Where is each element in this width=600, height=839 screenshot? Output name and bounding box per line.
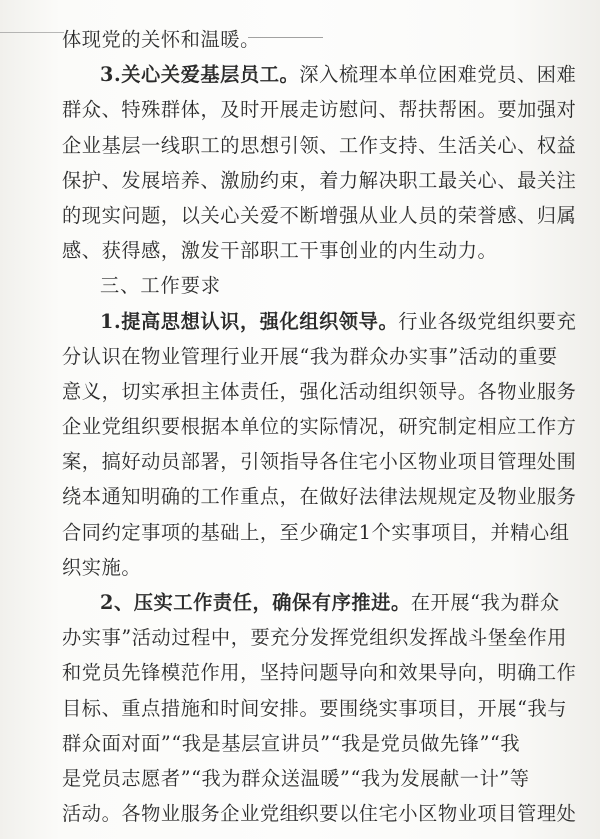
text-line: 分认识在物业管理行业开展“我为群众办实事”活动的重要 — [62, 339, 466, 374]
text-line: 是党员志愿者”“我为群众送温暖”“我为发展献一计”等 — [62, 761, 466, 796]
text-line: 感、获得感，激发干部职工干事创业的内生动力。 — [62, 233, 466, 268]
text-line: 体现党的关怀和温暖。 — [62, 22, 466, 57]
text-line: 群众面对面”“我是基层宣讲员”“我是党员做先锋”“我 — [62, 726, 466, 761]
paragraph-lead: 1.提高思想认识，强化组织领导。 — [100, 310, 398, 333]
text-span: 深入梳理本单位困难党员、困难 — [299, 63, 576, 86]
text-span: 行业各级党组织要充 — [398, 310, 576, 333]
text-line: 活动。各物业服务企业党组织要以住宅小区物业项目管理处 — [62, 796, 466, 831]
decorative-rule — [0, 32, 64, 33]
text-line: 群众、特殊群体，及时开展走访慰问、帮扶帮困。要加强对 — [62, 92, 466, 127]
text-line: 绕本通知明确的工作重点，在做好法律法规规定及物业服务 — [62, 479, 466, 514]
paragraph-3-start: 3.关心关爱基层员工。深入梳理本单位困难党员、困难 — [62, 57, 466, 92]
text-line: 合同约定事项的基础上，至少确定1个实事项目，并精心组 — [62, 515, 466, 550]
paragraph-lead: 3.关心关爱基层员工。 — [100, 63, 299, 86]
paragraph-2-start: 2、压实工作责任，确保有序推进。在开展“我为群众 — [62, 585, 466, 620]
text-line: 的现实问题，以关心关爱不断增强从业人员的荣誉感、归属 — [62, 198, 466, 233]
text-line: 和党员先锋模范作用，坚持问题导向和效果导向，明确工作 — [62, 655, 466, 690]
text-span: 在开展“我为群众 — [411, 591, 560, 614]
text-line: 织实施。 — [62, 550, 466, 585]
text-line: 意义，切实承担主体责任，强化活动组织领导。各物业服务 — [62, 374, 466, 409]
document-page: 体现党的关怀和温暖。 3.关心关爱基层员工。深入梳理本单位困难党员、困难 群众、… — [0, 0, 600, 839]
document-body: 体现党的关怀和温暖。 3.关心关爱基层员工。深入梳理本单位困难党员、困难 群众、… — [62, 22, 466, 831]
paragraph-lead: 2、压实工作责任，确保有序推进。 — [100, 591, 411, 614]
text-line: 保护、发展培养、激励约束，着力解决职工最关心、最关注 — [62, 163, 466, 198]
text-line: 企业基层一线职工的思想引领、工作支持、生活关心、权益 — [62, 128, 466, 163]
page-number: 3 — [296, 806, 302, 818]
paragraph-1-start: 1.提高思想认识，强化组织领导。行业各级党组织要充 — [62, 304, 466, 339]
text-line: 案，搞好动员部署，引领指导各住宅小区物业项目管理处围 — [62, 444, 466, 479]
section-heading: 三、工作要求 — [62, 268, 466, 303]
text-line: 目标、重点措施和时间安排。要围绕实事项目，开展“我与 — [62, 691, 466, 726]
text-line: 办实事”活动过程中，要充分发挥党组织发挥战斗堡垒作用 — [62, 620, 466, 655]
text-line: 企业党组织要根据本单位的实际情况，研究制定相应工作方 — [62, 409, 466, 444]
